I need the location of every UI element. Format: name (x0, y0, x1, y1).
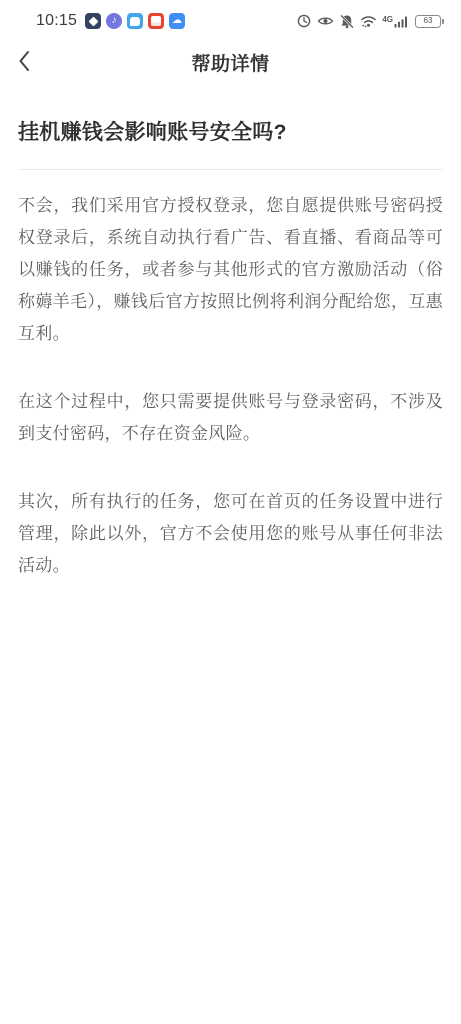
status-bar: 10:15 ♪ ☁ 4G (0, 0, 461, 36)
clock-time: 10:15 (36, 12, 77, 30)
music-note-glyph: ♪ (112, 16, 117, 26)
signal-bars-icon (394, 15, 408, 28)
answer-paragraph: 在这个过程中，您只需要提供账号与登录密码，不涉及到支付密码，不存在资金风险。 (18, 386, 443, 450)
answer-paragraph: 其次，所有执行的任务，您可在首页的任务设置中进行管理，除此以外，官方不会使用您的… (18, 486, 443, 582)
divider (18, 169, 443, 170)
battery-nub (442, 19, 444, 24)
cellular-signal: 4G (382, 15, 408, 28)
video-app-icon (148, 13, 164, 29)
notification-app-icons: ♪ ☁ (85, 13, 185, 29)
chat-bubble-glyph (130, 17, 140, 26)
nav-bar: 帮助详情 (0, 36, 461, 88)
weather-app-icon: ☁ (169, 13, 185, 29)
wifi-icon (360, 14, 377, 28)
panel-glyph (151, 16, 161, 26)
eye-protection-icon (317, 14, 334, 28)
help-detail-content: 挂机赚钱会影响账号安全吗? 不会，我们采用官方授权登录，您自愿提供账号密码授权登… (0, 118, 461, 582)
phone-screen: 10:15 ♪ ☁ 4G (0, 0, 461, 1024)
answer-paragraph: 不会，我们采用官方授权登录，您自愿提供账号密码授权登录后，系统自动执行看广告、看… (18, 190, 443, 350)
status-bar-left: 10:15 ♪ ☁ (36, 12, 185, 30)
chat-app-icon (127, 13, 143, 29)
cloud-glyph: ☁ (172, 16, 182, 26)
question-title: 挂机赚钱会影响账号安全吗? (18, 118, 443, 148)
diamond-glyph (88, 16, 98, 26)
back-chevron-icon (18, 50, 30, 75)
battery-icon: 63 (415, 15, 441, 28)
screen-time-icon (296, 13, 312, 29)
network-type-label: 4G (382, 16, 393, 24)
answer-body: 不会，我们采用官方授权登录，您自愿提供账号密码授权登录后，系统自动执行看广告、看… (18, 190, 443, 582)
back-button[interactable] (14, 36, 48, 88)
battery-percent: 63 (424, 17, 433, 25)
gear-app-icon (85, 13, 101, 29)
page-title: 帮助详情 (191, 49, 269, 76)
status-bar-right: 4G 63 (296, 13, 441, 29)
music-app-icon: ♪ (106, 13, 122, 29)
bell-muted-icon (339, 14, 355, 29)
